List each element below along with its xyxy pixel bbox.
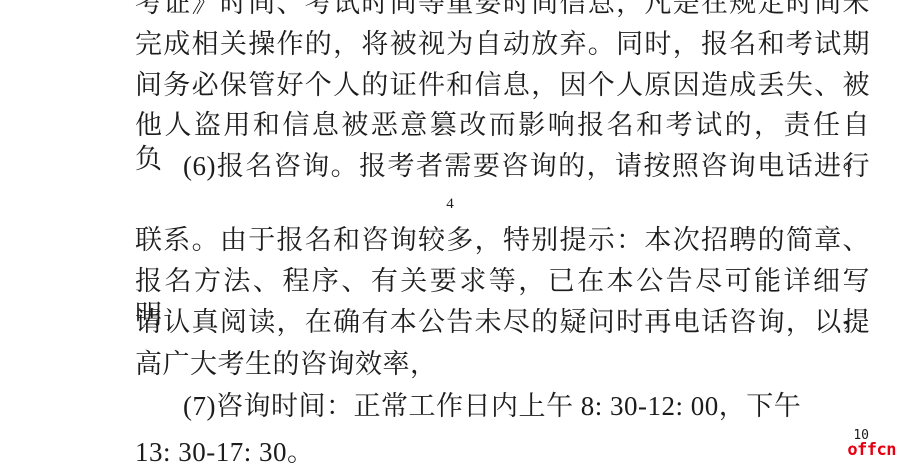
text-line: 考证》时间、考试时间等重要时间信息，凡是在规定时间未 [135,0,870,20]
text-line-item-7: (7)咨询时间：正常工作日内上午 8: 30-12: 00，下午 [135,389,870,423]
text-line: 请认真阅读，在确有本公告未尽的疑问时再电话咨询，以提 [135,305,870,339]
text-line: 13: 30-17: 30。 [135,435,870,465]
text-line: 完成相关操作的，将被视为自动放弃。同时，报名和考试期 [135,27,870,61]
text-line-item-6: (6)报名咨询。报考者需要咨询的，请按照咨询电话进行 [135,149,870,183]
document-page: 考证》时间、考试时间等重要时间信息，凡是在规定时间未 完成相关操作的，将被视为自… [0,0,900,465]
text-line: 联系。由于报名和咨询较多，特别提示：本次招聘的简章、 [135,223,870,257]
footer-page-number: 4 [0,196,900,213]
offcn-logo: offcn [847,440,896,460]
text-line: 间务必保管好个人的证件和信息，因个人原因造成丢失、被 [135,68,870,102]
text-line: 高广大考生的咨询效率， [135,347,870,381]
